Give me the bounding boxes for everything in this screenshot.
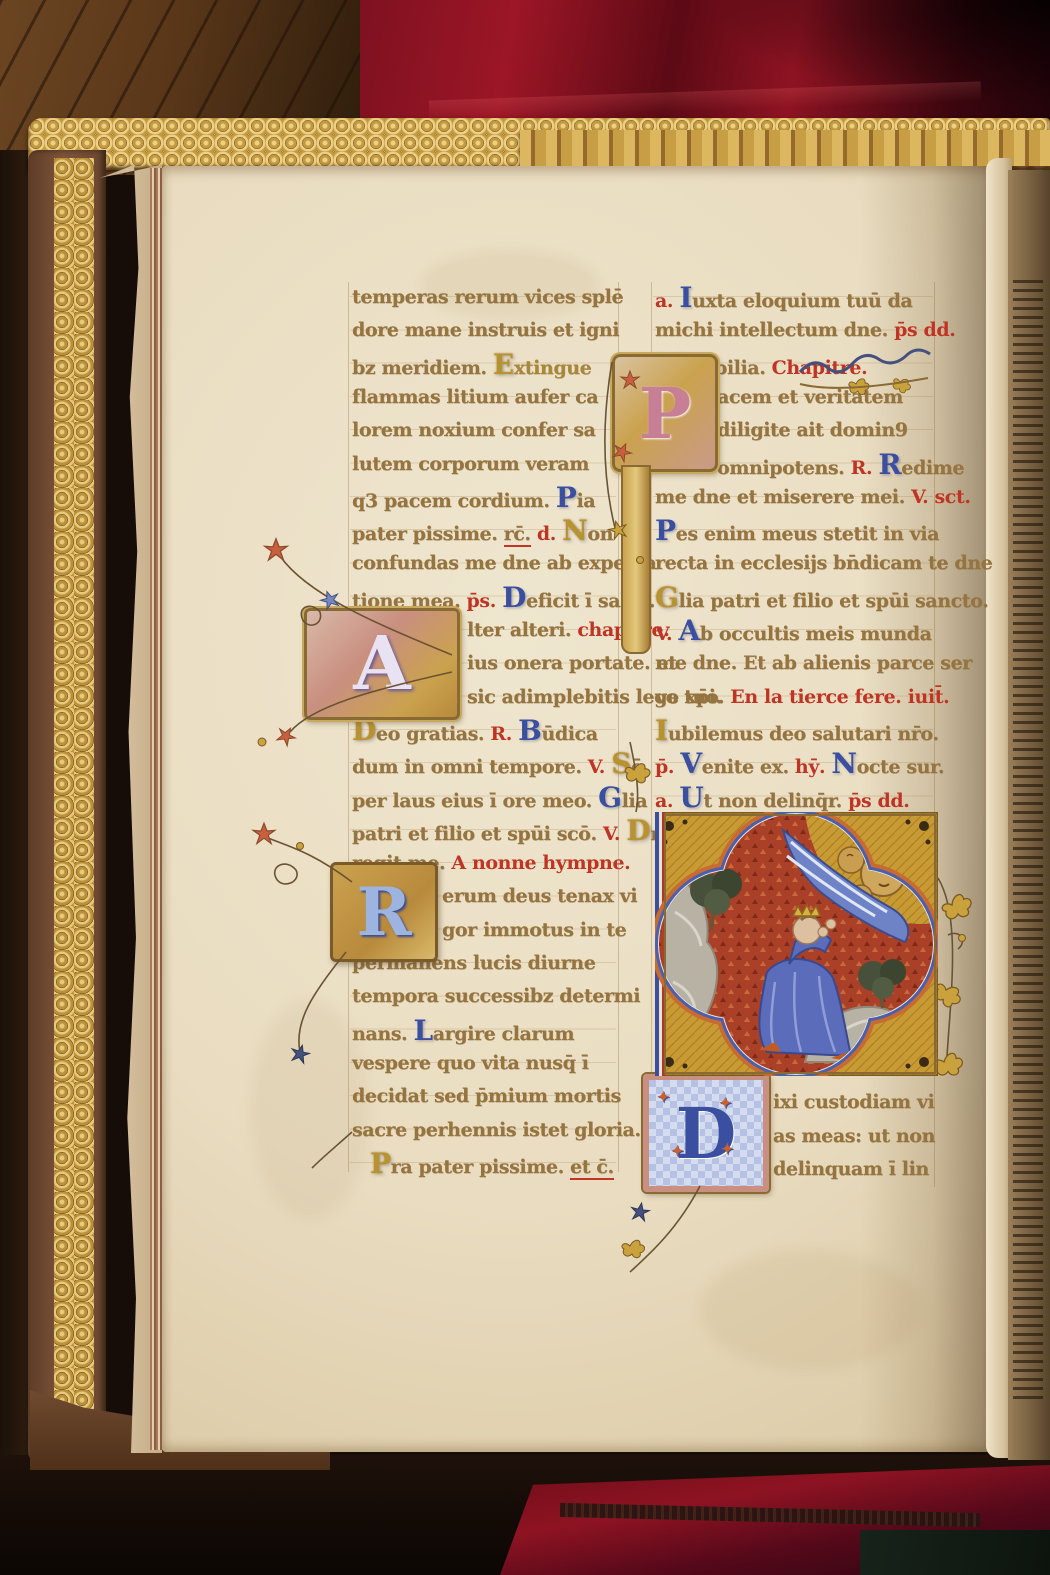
flower-ornament: ✦	[719, 1094, 732, 1112]
miniature-king-david	[655, 812, 938, 1076]
manuscript-photo: temperas rerum vices splēdore mane instr…	[0, 0, 1050, 1575]
initial-letter: R	[357, 873, 412, 951]
flower-ornament: ✦	[671, 1142, 684, 1160]
illuminated-initial-A: A	[304, 608, 460, 720]
illuminated-initial-R: R	[330, 862, 438, 962]
initials-layer: ARPD✦✦✦✦	[0, 0, 1050, 1575]
illuminated-initial-D: D✦✦✦✦	[643, 1074, 769, 1192]
initial-stem	[621, 465, 651, 654]
initial-letter: A	[353, 621, 410, 707]
flower-ornament: ✦	[657, 1088, 670, 1106]
illuminated-initial-P: P	[612, 354, 718, 472]
flower-ornament: ✦	[721, 1140, 734, 1158]
initial-letter: P	[639, 372, 692, 455]
